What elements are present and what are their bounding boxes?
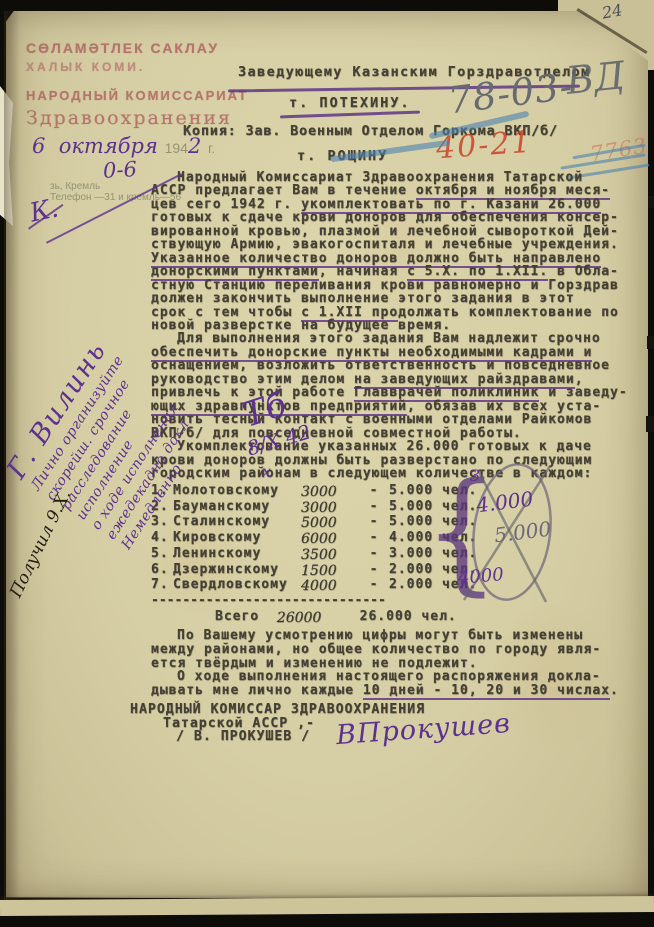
edge-mark [647,336,654,349]
typed-line: ется твёрдым и изменению не подлежит. [151,657,619,671]
list-cell: - [359,499,389,515]
typed-line: между районами, но общее количество по г… [151,643,619,657]
page-number: 24 [600,0,623,22]
list-cell: Сталинскому [173,514,301,530]
typed-line: ВКП/б/ для повседневной совместной работ… [151,427,628,440]
list-cell: - [359,546,389,562]
list-total-row: Всего 26000 26.000 чел. [151,609,477,625]
date-day: 6 [32,134,45,158]
scanned-document: 24 СӨЛАМӘТЛЕК САКЛАУ ХАЛЫК КОМИ. НАРОДНЫ… [0,0,654,927]
typed-line: АССР предлагает Вам в течение октября и … [151,184,628,197]
edge-mark [648,196,654,208]
date-month: октября [59,134,158,158]
typed-text: По Вашему усмотрению цифры могут быть из… [177,628,583,643]
list-cell: - [359,483,389,499]
total-label: Всего [215,609,259,625]
typed-text: . [610,683,619,698]
list-mark-4000b: 4000 [457,564,504,589]
list-cell: - [359,530,389,546]
addressee-line2: т. ПОТЕХИНУ. [289,95,411,111]
handwritten-quota: 5000 [301,516,359,532]
body-text-lower: По Вашему усмотрению цифры могут быть из… [151,629,619,698]
typed-line: ствующую Армию, эвакогоспиталя и лечебны… [151,238,628,251]
commissariat-stamp: СӨЛАМӘТЛЕК САКЛАУ ХАЛЫК КОМИ. НАРОДНЫЙ К… [26,40,248,129]
handwritten-quota: 6000 [301,532,359,548]
handwritten-quota: 3000 [301,501,359,517]
total-handwritten: 26000 [277,611,351,627]
typed-line: дывать мне лично каждые 10 дней - 10, 20… [151,684,619,698]
next-page-edge [0,896,654,916]
list-cell: Свердловскому [173,577,301,593]
list-mark-3: 3 [470,466,480,485]
edge-mark [646,416,654,432]
list-cell: Молотовскому [173,483,301,499]
handwritten-quota: 3000 [301,485,359,501]
list-cell: Дзержинскому [173,562,301,578]
pencil-scribble: ВД [564,53,627,103]
date-year-printed: 194 [165,140,188,156]
signature-title: НАРОДНЫЙ КОМИССАР ЗДРАВООХРАНЕНИЯ [130,703,425,717]
list-cell: 5. [151,546,173,562]
typed-line: По Вашему усмотрению цифры могут быть из… [151,629,619,643]
typed-text: дывать мне лично каждые [151,683,363,698]
list-cell: Ленинскому [173,546,301,562]
list-cell: 4. [151,530,173,546]
stamp-tatar-line2: ХАЛЫК КОМИ. [26,60,248,74]
typed-text: между районами, но общее количество по г… [151,642,601,657]
typed-text: ется твёрдым и изменению не подлежит. [151,656,478,671]
handwritten-quota: 3500 [301,548,359,564]
handwritten-quota: 4000 [301,579,359,595]
underlined-text: 10 дней - 10, 20 и 30 числах [363,683,610,700]
typed-line: новить тесный контакт с военными отделам… [151,413,628,426]
list-cell: 6. [151,562,173,578]
stamp-tatar-line1: СӨЛАМӘТЛЕК САКЛАУ [26,40,248,56]
total-amount: 26.000 чел. [360,609,457,625]
margin-x-mark: х [262,462,271,481]
list-cell: - [359,562,389,578]
handwritten-quota: 1500 [301,564,359,580]
list-cell: - [359,514,389,530]
list-cell: Бауманскому [173,499,301,515]
typed-line: Укомплектование указанных 26.000 готовых… [151,440,628,453]
typed-line: готовых к сдаче крови доноров для обеспе… [151,211,628,224]
list-cell: 7. [151,577,173,593]
stamp-ru-line1: НАРОДНЫЙ КОМИССАРИАТ [26,88,248,103]
registration-note: 0-6 [102,157,137,183]
list-cell: - [359,577,389,593]
date-suffix: г. [208,140,215,156]
list-cell: Кировскому [173,530,301,546]
